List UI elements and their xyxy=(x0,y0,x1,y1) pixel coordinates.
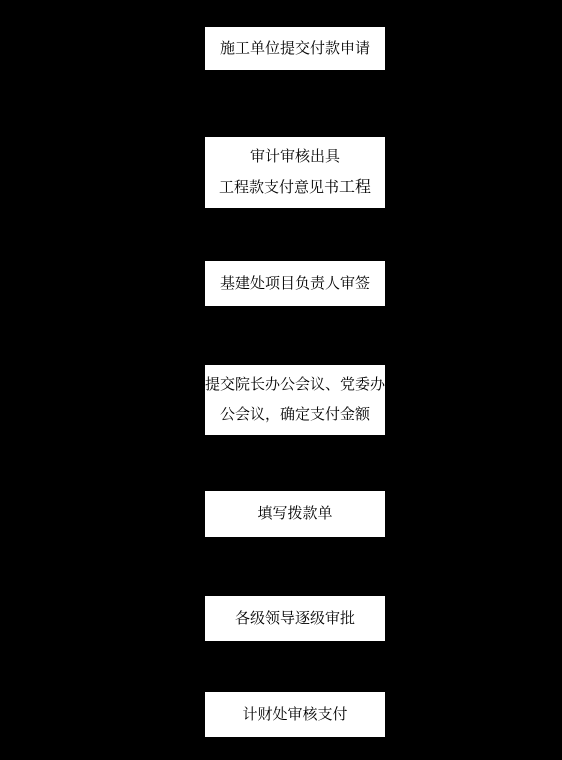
flow-step-7-finance-review-pay: 计财处审核支付 xyxy=(205,692,385,737)
flowchart-canvas: 施工单位提交付款申请 审计审核出具 工程款支付意见书工程 基建处项目负责人审签 … xyxy=(0,0,562,760)
flow-step-2-label-line-2: 工程款支付意见书工程 xyxy=(219,172,371,203)
flow-step-2-audit-review: 审计审核出具 工程款支付意见书工程 xyxy=(205,137,385,208)
flow-step-6-leaders-approval: 各级领导逐级审批 xyxy=(205,596,385,641)
flow-step-3-label: 基建处项目负责人审签 xyxy=(220,269,370,299)
flow-step-4-committee-meeting: 提交院长办公会议、党委办 公会议，确定支付金额 xyxy=(205,365,385,435)
flow-step-5-fill-remittance-form: 填写拨款单 xyxy=(205,491,385,537)
flow-step-4-label-line-1: 提交院长办公会议、党委办 xyxy=(205,370,385,400)
flow-step-1-label: 施工单位提交付款申请 xyxy=(220,34,370,64)
flow-step-7-label: 计财处审核支付 xyxy=(242,700,347,730)
flow-step-1-submit-payment-request: 施工单位提交付款申请 xyxy=(205,27,385,70)
flow-step-4-label-line-2: 公会议，确定支付金额 xyxy=(220,400,370,430)
flow-step-2-line-2-main: 工程款支付意见书 xyxy=(219,179,339,196)
flow-step-3-project-manager-sign: 基建处项目负责人审签 xyxy=(205,261,385,306)
flow-step-6-label: 各级领导逐级审批 xyxy=(235,604,355,634)
flow-step-2-line-2-suffix: 工程 xyxy=(339,177,371,196)
flow-step-5-label: 填写拨款单 xyxy=(257,499,332,529)
flow-step-2-label-line-1: 审计审核出具 xyxy=(250,142,340,172)
